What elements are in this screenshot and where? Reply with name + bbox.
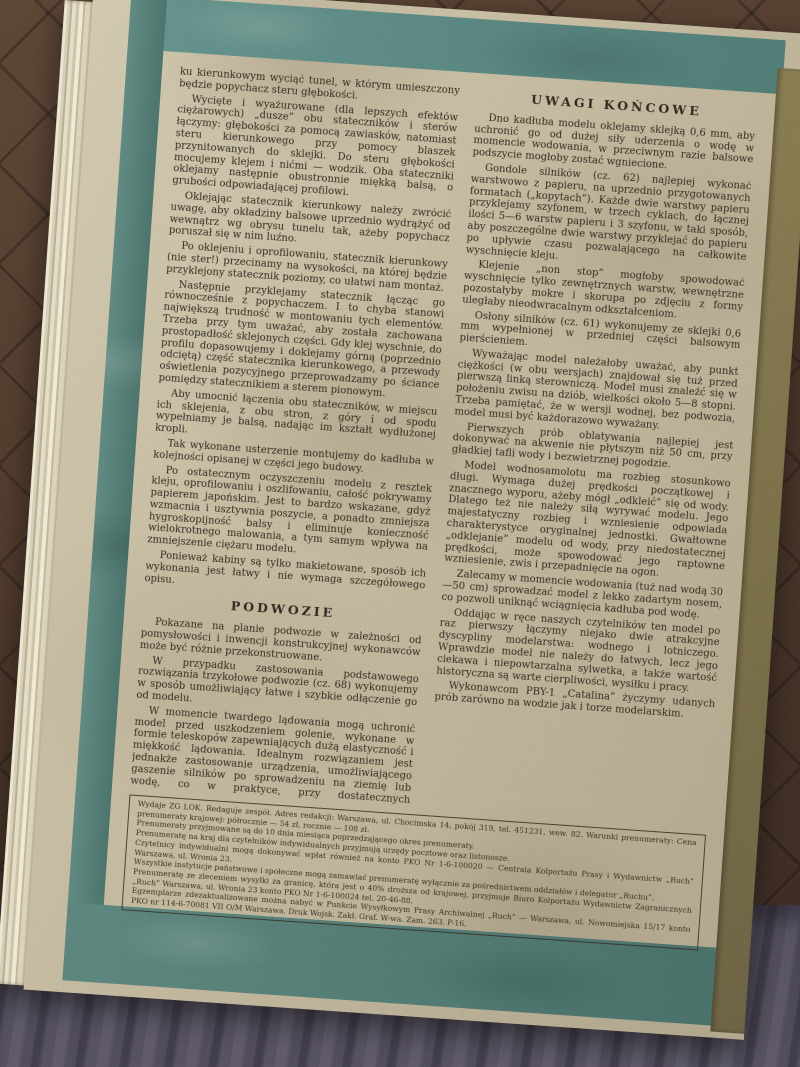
photo-background: ku kierunkowym wyciąć tunel, w którym um… [0, 0, 800, 1067]
text-columns: ku kierunkowym wyciąć tunel, w którym um… [130, 66, 757, 827]
right-column-paragraphs: Dno kadłuba modelu oklejamy sklejką 0,6 … [434, 112, 755, 723]
right-column: UWAGI KOŃCOWE Dno kadłuba modelu oklejam… [427, 87, 757, 827]
back-cover: ku kierunkowym wyciąć tunel, w którym um… [24, 0, 800, 1040]
paragraph: Po ostatecznym oczyszczeniu modelu z res… [147, 464, 433, 566]
paragraph: Wycięte i wyażurowane (dla lepszych efek… [172, 93, 458, 207]
left-column-paragraphs-after-heading: Pokazane na planie podwozie w zależności… [130, 616, 422, 827]
paragraph: Następnie przyklejamy statecznik łącząc … [158, 278, 445, 403]
left-column-paragraphs: ku kierunkowym wyciąć tunel, w którym um… [144, 66, 460, 604]
page-content: ku kierunkowym wyciąć tunel, w którym um… [122, 66, 757, 940]
paragraph: Model wodnosamolotu ma rozbieg stosunkow… [444, 459, 731, 584]
paragraph: Gondole silników (cz. 62) najlepiej wyko… [465, 162, 751, 276]
left-column: ku kierunkowym wyciąć tunel, w którym um… [130, 66, 460, 806]
magazine: ku kierunkowym wyciąć tunel, w którym um… [0, 0, 800, 1040]
